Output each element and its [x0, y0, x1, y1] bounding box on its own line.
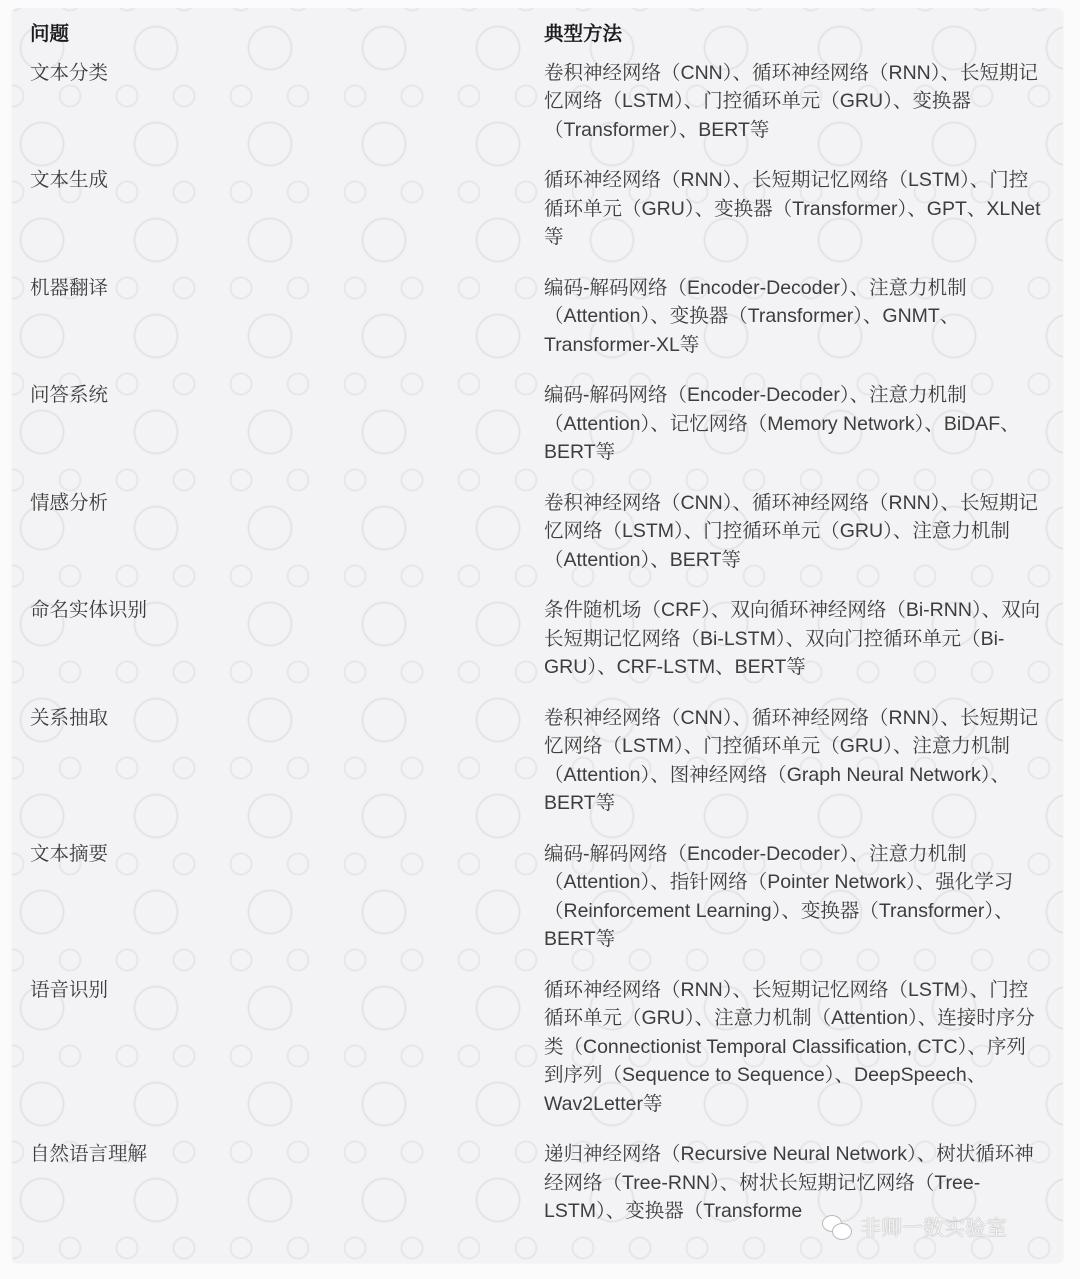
header-problem: 问题	[12, 8, 526, 59]
cell-method: 编码-解码网络（Encoder-Decoder）、注意力机制（Attention…	[526, 381, 1063, 489]
table-row: 关系抽取 卷积神经网络（CNN）、循环神经网络（RNN）、长短期记忆网络（LST…	[12, 704, 1063, 840]
cell-method: 递归神经网络（Recursive Neural Network）、树状循环神经网…	[526, 1140, 1063, 1248]
cell-problem: 关系抽取	[12, 704, 526, 840]
table-header-row: 问题 典型方法	[12, 8, 1063, 59]
table-row: 文本生成 循环神经网络（RNN）、长短期记忆网络（LSTM）、门控循环单元（GR…	[12, 166, 1063, 274]
cell-problem: 自然语言理解	[12, 1140, 526, 1248]
cell-method: 卷积神经网络（CNN）、循环神经网络（RNN）、长短期记忆网络（LSTM）、门控…	[526, 59, 1063, 167]
cell-method: 编码-解码网络（Encoder-Decoder）、注意力机制（Attention…	[526, 274, 1063, 382]
cell-problem: 问答系统	[12, 381, 526, 489]
table-row: 自然语言理解 递归神经网络（Recursive Neural Network）、…	[12, 1140, 1063, 1248]
table-row: 问答系统 编码-解码网络（Encoder-Decoder）、注意力机制（Atte…	[12, 381, 1063, 489]
table-card: 问题 典型方法 文本分类 卷积神经网络（CNN）、循环神经网络（RNN）、长短期…	[12, 8, 1063, 1262]
table-row: 情感分析 卷积神经网络（CNN）、循环神经网络（RNN）、长短期记忆网络（LST…	[12, 489, 1063, 597]
cell-problem: 文本分类	[12, 59, 526, 167]
table-row: 文本分类 卷积神经网络（CNN）、循环神经网络（RNN）、长短期记忆网络（LST…	[12, 59, 1063, 167]
cell-method: 卷积神经网络（CNN）、循环神经网络（RNN）、长短期记忆网络（LSTM）、门控…	[526, 704, 1063, 840]
header-method: 典型方法	[526, 8, 1063, 59]
nlp-methods-table: 问题 典型方法 文本分类 卷积神经网络（CNN）、循环神经网络（RNN）、长短期…	[12, 8, 1063, 1248]
cell-method: 卷积神经网络（CNN）、循环神经网络（RNN）、长短期记忆网络（LSTM）、门控…	[526, 489, 1063, 597]
table-row: 语音识别 循环神经网络（RNN）、长短期记忆网络（LSTM）、门控循环单元（GR…	[12, 976, 1063, 1141]
table-row: 命名实体识别 条件随机场（CRF）、双向循环神经网络（Bi-RNN）、双向长短期…	[12, 596, 1063, 704]
cell-problem: 情感分析	[12, 489, 526, 597]
cell-problem: 文本摘要	[12, 840, 526, 976]
cell-method: 循环神经网络（RNN）、长短期记忆网络（LSTM）、门控循环单元（GRU）、变换…	[526, 166, 1063, 274]
table-row: 机器翻译 编码-解码网络（Encoder-Decoder）、注意力机制（Atte…	[12, 274, 1063, 382]
cell-problem: 机器翻译	[12, 274, 526, 382]
cell-problem: 命名实体识别	[12, 596, 526, 704]
cell-method: 编码-解码网络（Encoder-Decoder）、注意力机制（Attention…	[526, 840, 1063, 976]
cell-problem: 语音识别	[12, 976, 526, 1141]
cell-problem: 文本生成	[12, 166, 526, 274]
table-row: 文本摘要 编码-解码网络（Encoder-Decoder）、注意力机制（Atte…	[12, 840, 1063, 976]
cell-method: 循环神经网络（RNN）、长短期记忆网络（LSTM）、门控循环单元（GRU）、注意…	[526, 976, 1063, 1141]
cell-method: 条件随机场（CRF）、双向循环神经网络（Bi-RNN）、双向长短期记忆网络（Bi…	[526, 596, 1063, 704]
